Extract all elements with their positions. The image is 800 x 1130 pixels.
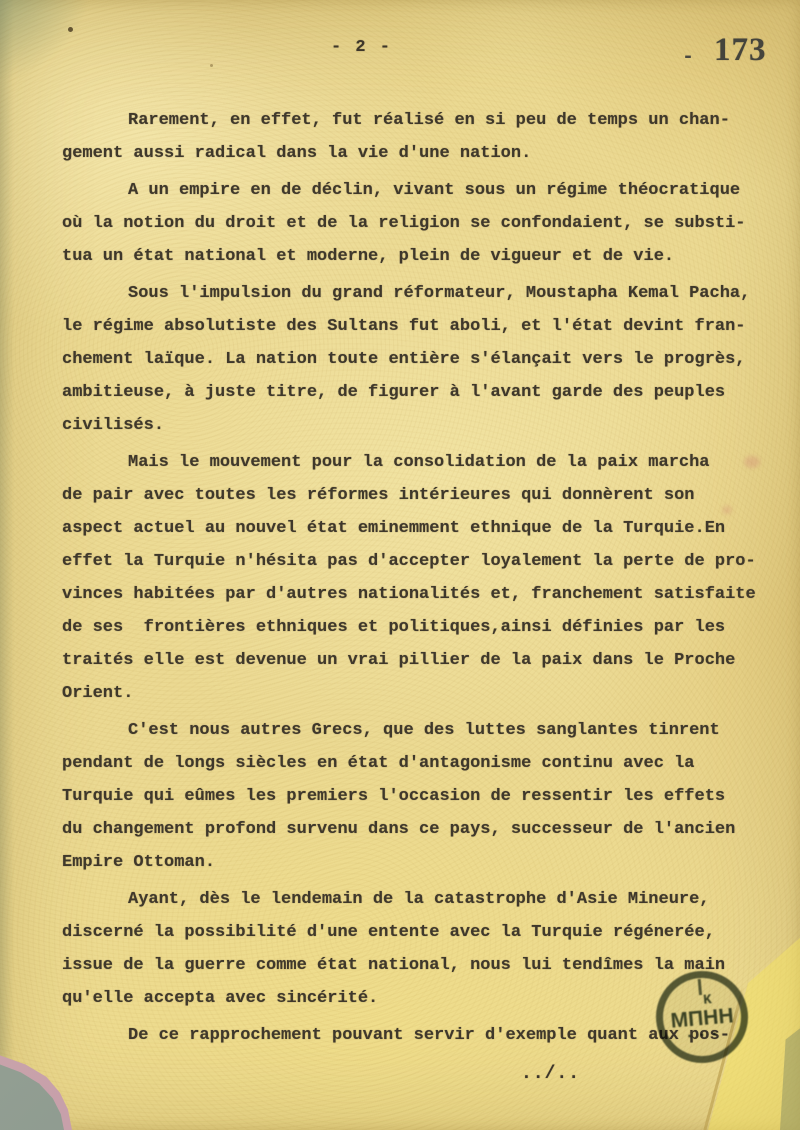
text-line: issue de la guerre comme état national, … — [62, 949, 768, 982]
stamp-dots: ··· — [684, 1028, 723, 1041]
text-line: C'est nous autres Grecs, que des luttes … — [62, 714, 768, 747]
text-line: le régime absolutiste des Sultans fut ab… — [62, 310, 768, 343]
scanned-document-page: - 2 - - 173 Rarement, en effet, fut réal… — [0, 0, 800, 1130]
text-line: Turquie qui eûmes les premiers l'occasio… — [62, 780, 768, 813]
text-line: Orient. — [62, 677, 768, 710]
text-line: Ayant, dès le lendemain de la catastroph… — [62, 883, 768, 916]
text-line: tua un état national et moderne, plein d… — [62, 240, 768, 273]
text-line: chement laïque. La nation toute entière … — [62, 343, 768, 376]
text-line: du changement profond survenu dans ce pa… — [62, 813, 768, 846]
text-line: Mais le mouvement pour la consolidation … — [62, 446, 768, 479]
text-line: de ses frontières ethniques et politique… — [62, 611, 768, 644]
text-line: civilisés. — [62, 409, 768, 442]
text-line: ambitieuse, à juste titre, de figurer à … — [62, 376, 768, 409]
text-line: pendant de longs siècles en état d'antag… — [62, 747, 768, 780]
page-number: - 2 - — [331, 38, 392, 57]
text-line: A un empire en de déclin, vivant sous un… — [62, 174, 768, 207]
text-line: discerné la possibilité d'une entente av… — [62, 916, 768, 949]
folio-dash: - — [682, 46, 694, 69]
text-line: aspect actuel au nouvel état eminemment … — [62, 512, 768, 545]
text-line: de pair avec toutes les réformes intérie… — [62, 479, 768, 512]
folio-number: 173 — [714, 32, 767, 69]
continuation-mark: ../.. — [521, 1064, 580, 1084]
text-line: effet la Turquie n'hésita pas d'accepter… — [62, 545, 768, 578]
text-line: traités elle est devenue un vrai pillier… — [62, 644, 768, 677]
left-edge-shadow — [0, 0, 14, 1130]
ink-speck — [210, 64, 213, 67]
text-line: où la notion du droit et de la religion … — [62, 207, 768, 240]
ink-speck — [68, 27, 73, 32]
text-line: Rarement, en effet, fut réalisé en si pe… — [62, 104, 768, 137]
text-line: Empire Ottoman. — [62, 846, 768, 879]
text-line: gement aussi radical dans la vie d'une n… — [62, 137, 768, 170]
text-line: vinces habitées par d'autres nationalité… — [62, 578, 768, 611]
text-line: Sous l'impulsion du grand réformateur, M… — [62, 277, 768, 310]
typewritten-text-block: Rarement, en effet, fut réalisé en si pe… — [62, 104, 768, 1052]
